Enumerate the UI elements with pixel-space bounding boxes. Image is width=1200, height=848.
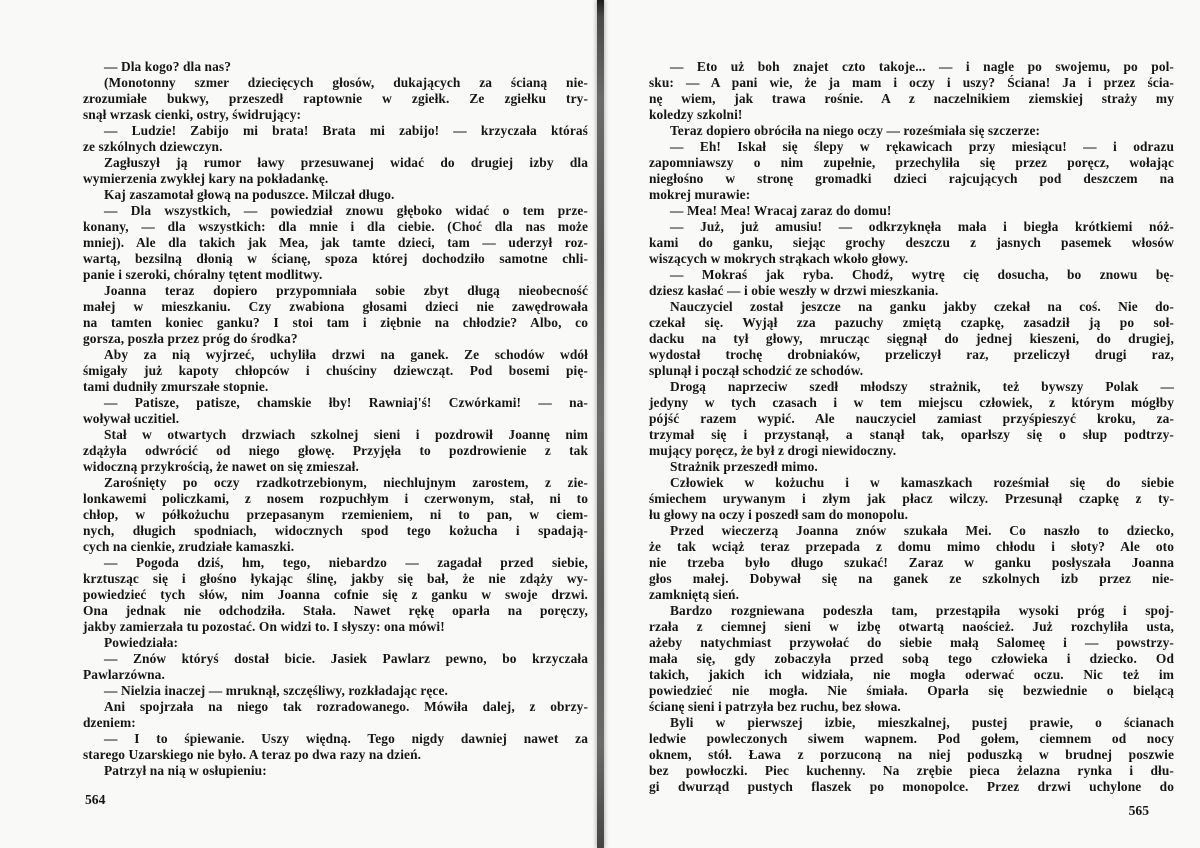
text-line: na tamten koniec ganku? I stoi tam i zię… (83, 315, 588, 331)
page-number-right: 565 (649, 803, 1169, 819)
paragraph: Teraz dopiero obróciła na niego oczy — r… (649, 123, 1174, 139)
paragraph: — Eh! Iskał się ślepy w rękawicach przy … (649, 139, 1174, 203)
text-line: — Patisze, patisze, chamskie łby! Rawnia… (83, 395, 588, 411)
text-line: zamkniętą sień. (649, 587, 1174, 603)
text-line: wymierzenia zwykłej kary na pokładankę. (83, 171, 588, 187)
text-line: Stał w otwartych drzwiach szkolnej sieni… (83, 427, 588, 443)
paragraph: — Dla wszystkich, — powiedział znowu głę… (83, 203, 588, 283)
paragraph: — Już, już amusiu! — odkrzyknęła mała i … (649, 219, 1174, 267)
paragraph: Zarośnięty po oczy rzadkotrzebionym, nie… (83, 475, 588, 555)
text-line: woływał uczitiel. (83, 411, 588, 427)
text-line: Człowiek w kożuchu i w kamaszkach roześm… (649, 475, 1174, 491)
text-line: łu głowy na oczy i poszedł sam do monopo… (649, 507, 1174, 523)
text-line: oknem, stół. Ława z porzuconą na niej po… (649, 747, 1174, 763)
paragraph: Byli w pierwszej izbie, mieszkalnej, pus… (649, 715, 1174, 795)
text-line: powiedzieć nie mogła. Nie śmiała. Oparła… (649, 683, 1174, 699)
text-line: ze szkólnych dziewczyn. (83, 139, 588, 155)
text-line: Nauczyciel został jeszcze na ganku jakby… (649, 299, 1174, 315)
text-line: — Pogoda dziś, hm, tego, niebardzo — zag… (83, 555, 588, 571)
text-line: cych na cienkie, zrudziałe kamaszki. (83, 539, 588, 555)
text-line: Drogą naprzeciw szedł młodszy strażnik, … (649, 379, 1174, 395)
text-line: małej w mieszkaniu. Czy zwabiona głosami… (83, 299, 588, 315)
text-line: wydostał trochę drobniaków, przeliczył r… (649, 347, 1174, 363)
text-line: mała się, gdy zobaczyła przed sobą tego … (649, 651, 1174, 667)
paragraph: Człowiek w kożuchu i w kamaszkach roześm… (649, 475, 1174, 523)
text-line: nie trzeba było długo szukać! Zaraz w ga… (649, 555, 1174, 571)
text-line: Aby za nią wyjrzeć, uchyliła drzwi na ga… (83, 347, 588, 363)
text-line: zapomniawszy o nim zupełnie, przechyliła… (649, 155, 1174, 171)
text-line: Patrzył na nią w osłupieniu: (83, 763, 588, 779)
text-line: — Mokraś jak ryba. Chodź, wytrę cię dosu… (649, 267, 1174, 283)
text-line: — Dla kogo? dla nas? (83, 59, 588, 75)
text-line: mniej). Ale dla takich jak Mea, jak tamt… (83, 235, 588, 251)
text-line: Joanna teraz dopiero przypomniała sobie … (83, 283, 588, 299)
text-line: jakby zamierzała tu pozostać. On widzi t… (83, 619, 588, 635)
paragraph: Strażnik przeszedł mimo. (649, 459, 1174, 475)
text-line: konany, — dla wszystkich: dla mnie i dla… (83, 219, 588, 235)
text-line: splunął i począł schodzić ze schodów. (649, 363, 1174, 379)
text-line: Byli w pierwszej izbie, mieszkalnej, pus… (649, 715, 1174, 731)
paragraph: Joanna teraz dopiero przypomniała sobie … (83, 283, 588, 347)
paragraph: — Mea! Mea! Wracaj zaraz do domu! (649, 203, 1174, 219)
book-spread: — Dla kogo? dla nas?(Monotonny szmer dzi… (0, 0, 1200, 848)
text-line: Kaj zaszamotał głową na poduszce. Milcza… (83, 187, 588, 203)
book-page-right-text: — Eto uż boh znajet czto takoje... — i n… (649, 59, 1174, 795)
text-line: śmigały już kapoty chłopców i chuściny d… (83, 363, 588, 379)
text-line: zrozumiałe bukwy, przeszedł raptownie w … (83, 91, 588, 107)
text-line: bez powłoczki. Piec kuchenny. Na zrębie … (649, 763, 1174, 779)
text-line: Teraz dopiero obróciła na niego oczy — r… (649, 123, 1174, 139)
text-line: Zagłuszył ją rumor ławy przesuwanej wida… (83, 155, 588, 171)
text-line: Przed wieczerzą Joanna znów szukała Mei.… (649, 523, 1174, 539)
text-line: widoczną przykrością, że nawet on się zm… (83, 459, 588, 475)
text-line: (Monotonny szmer dziecięcych głosów, duk… (83, 75, 588, 91)
paragraph: — Patisze, patisze, chamskie łby! Rawnia… (83, 395, 588, 427)
text-line: Ona jednak nie odchodziła. Stała. Nawet … (83, 603, 588, 619)
paragraph: Stał w otwartych drzwiach szkolnej sieni… (83, 427, 588, 475)
text-line: Strażnik przeszedł mimo. (649, 459, 1174, 475)
text-line: jedyny w tych czasach i w tem miejscu cz… (649, 395, 1174, 411)
text-line: — Nielzia inaczej — mruknął, szczęśliwy,… (83, 683, 588, 699)
paragraph: Drogą naprzeciw szedł młodszy strażnik, … (649, 379, 1174, 459)
text-line: Zarośnięty po oczy rzadkotrzebionym, nie… (83, 475, 588, 491)
text-line: dacku na tył głowy, mrucząc sięgnął do j… (649, 331, 1174, 347)
text-line: zdążyła odwrócić od niego głowę. Przyjęł… (83, 443, 588, 459)
paragraph: Zagłuszył ją rumor ławy przesuwanej wida… (83, 155, 588, 187)
text-line: tami dudniły zmurszałe stopnie. (83, 379, 588, 395)
text-line: gorsza, poszła przez próg do środka? (83, 331, 588, 347)
paragraph: Nauczyciel został jeszcze na ganku jakby… (649, 299, 1174, 379)
paragraph: — Ludzie! Zabijo mi brata! Brata mi zabi… (83, 123, 588, 155)
text-line: panie i szeroki, chóralny tętent modlitw… (83, 267, 588, 283)
page-number-left: 564 (85, 792, 105, 808)
paragraph: — Eto uż boh znajet czto takoje... — i n… (649, 59, 1174, 123)
text-line: trzymał się i przystanął, a stanął tak, … (649, 427, 1174, 443)
text-line: ledwie powleczonych siwem wapnem. Pod go… (649, 731, 1174, 747)
text-line: powiedzieć tych słów, nim Joanna cofnie … (83, 587, 588, 603)
text-line: chłop, w półkożuchu przepasanym rzemieni… (83, 507, 588, 523)
text-line: nę wiem, jak trawa rośnie. A z naczelnik… (649, 91, 1174, 107)
paragraph: — I to śpiewanie. Uszy więdną. Tego nigd… (83, 731, 588, 763)
text-line: snął wrzask cienki, ostry, świdrujący: (83, 107, 588, 123)
text-line: kami do ganku, siejąc grochy deszczu z j… (649, 235, 1174, 251)
text-line: Ani spojrzała na niego tak rozradowanego… (83, 699, 588, 715)
paragraph: Patrzył na nią w osłupieniu: (83, 763, 588, 779)
paragraph: Aby za nią wyjrzeć, uchyliła drzwi na ga… (83, 347, 588, 395)
paragraph: — Pogoda dziś, hm, tego, niebardzo — zag… (83, 555, 588, 635)
paragraph: Przed wieczerzą Joanna znów szukała Mei.… (649, 523, 1174, 603)
paragraph: — Mokraś jak ryba. Chodź, wytrę cię dosu… (649, 267, 1174, 299)
text-line: że tak wciąż teraz przepada z domu mimo … (649, 539, 1174, 555)
text-line: starego Uzarskiego nie było. A teraz po … (83, 747, 588, 763)
text-line: — Mea! Mea! Wracaj zaraz do domu! (649, 203, 1174, 219)
text-line: Pawlarzówna. (83, 667, 588, 683)
text-line: mokrej murawie: (649, 187, 1174, 203)
text-line: gi dwurząd pustych flaszek po monopolce.… (649, 779, 1174, 795)
page-gutter-shadow (597, 0, 604, 848)
book-page-left-text: — Dla kogo? dla nas?(Monotonny szmer dzi… (83, 59, 588, 779)
text-line: głos małej. Dobywał się na ganek ze szko… (649, 571, 1174, 587)
text-line: — Już, już amusiu! — odkrzyknęła mała i … (649, 219, 1174, 235)
text-line: lonkawemi policzkami, z nosem rozpuchłym… (83, 491, 588, 507)
paragraph: Bardzo rozgniewana podeszła tam, przestą… (649, 603, 1174, 715)
text-line: mujący poręcz, że był z drogi niewidoczn… (649, 443, 1174, 459)
text-line: — Eh! Iskał się ślepy w rękawicach przy … (649, 139, 1174, 155)
text-line: wiszących w mokrych strąkach wkoło głowy… (649, 251, 1174, 267)
text-line: wartą, bezsilną dłonią w ścianę, spoza k… (83, 251, 588, 267)
paragraph: Kaj zaszamotał głową na poduszce. Milcza… (83, 187, 588, 203)
text-line: — Dla wszystkich, — powiedział znowu głę… (83, 203, 588, 219)
paragraph: Ani spojrzała na niego tak rozradowanego… (83, 699, 588, 731)
text-line: pójść razem wypić. Ale nauczyciel zamias… (649, 411, 1174, 427)
text-line: sku: — A pani wie, że ja mam i oczy i us… (649, 75, 1174, 91)
paragraph: — Nielzia inaczej — mruknął, szczęśliwy,… (83, 683, 588, 699)
text-line: takich, jakich ich widziała, nie mogła o… (649, 667, 1174, 683)
text-line: — Znów któryś dostał bicie. Jasiek Pawla… (83, 651, 588, 667)
text-line: Powiedziała: (83, 635, 588, 651)
text-line: ścianę sieni i patrzyła bez ruchu, bez s… (649, 699, 1174, 715)
text-line: śmiechem urywanym i złym jak płacz wilcz… (649, 491, 1174, 507)
text-line: — Ludzie! Zabijo mi brata! Brata mi zabi… (83, 123, 588, 139)
text-line: rzała z ciemnej sieni w izbę otwartą nao… (649, 619, 1174, 635)
text-line: ażeby natychmiast przywołać do siebie ma… (649, 635, 1174, 651)
text-line: Bardzo rozgniewana podeszła tam, przestą… (649, 603, 1174, 619)
paragraph: Powiedziała: (83, 635, 588, 651)
text-line: koledzy szkolni! (649, 107, 1174, 123)
paragraph: — Znów któryś dostał bicie. Jasiek Pawla… (83, 651, 588, 683)
text-line: krztusząc się i głośno łykając ślinę, ja… (83, 571, 588, 587)
text-line: czekał się. Wyjął zza pazuchy zmiętą cza… (649, 315, 1174, 331)
text-line: nych, długich spodniach, widocznych spod… (83, 523, 588, 539)
text-line: dzeniem: (83, 715, 588, 731)
paragraph: (Monotonny szmer dziecięcych głosów, duk… (83, 75, 588, 123)
text-line: dziesz kasłać — i obie weszły w drzwi mi… (649, 283, 1174, 299)
paragraph: — Dla kogo? dla nas? (83, 59, 588, 75)
text-line: niegłośno w stronę gromadki dzieci rajcu… (649, 171, 1174, 187)
text-line: — I to śpiewanie. Uszy więdną. Tego nigd… (83, 731, 588, 747)
text-line: — Eto uż boh znajet czto takoje... — i n… (649, 59, 1174, 75)
